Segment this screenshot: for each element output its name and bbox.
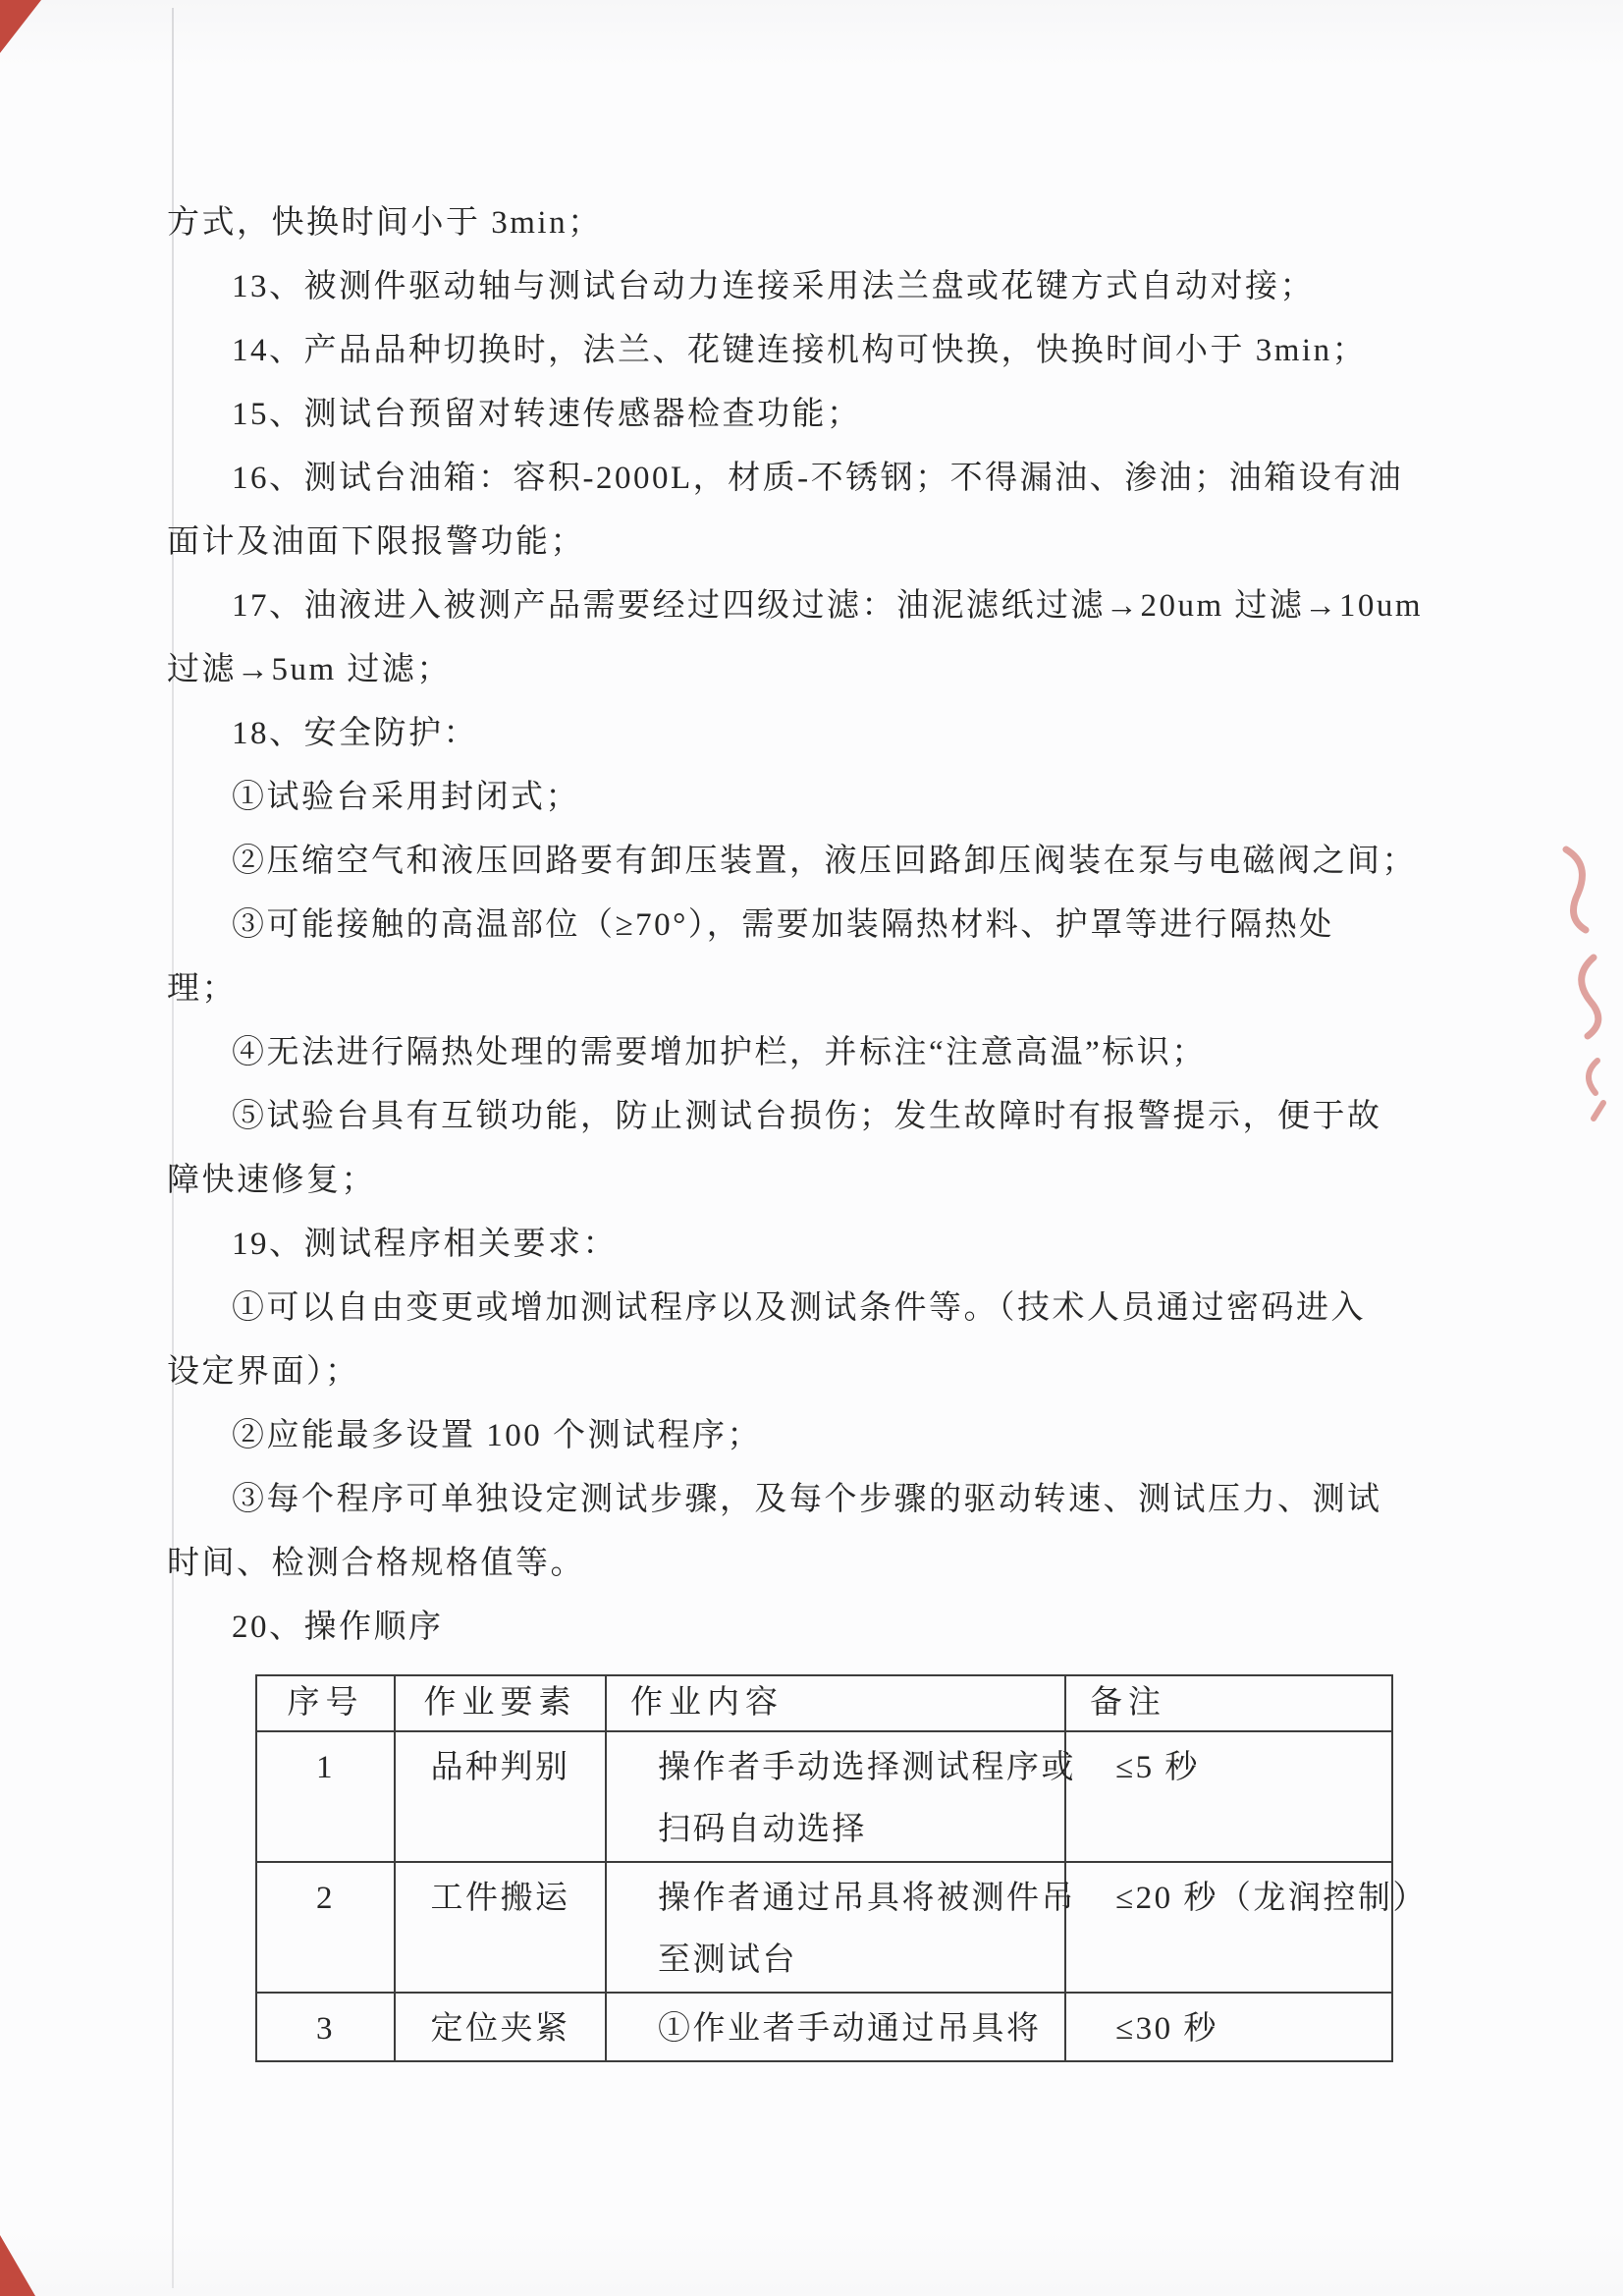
text-line: 设定界面）； xyxy=(167,1340,1443,1404)
body-text: 方式，快换时间小于 3min； 13、被测件驱动轴与测试台动力连接采用法兰盘或花… xyxy=(167,191,1443,1660)
text-line: 20、操作顺序 xyxy=(167,1596,1443,1660)
text-line: ①可以自由变更或增加测试程序以及测试条件等。（技术人员通过密码进入 xyxy=(167,1277,1443,1340)
row-element: 工件搬运 xyxy=(395,1862,606,1993)
text-line: 19、测试程序相关要求： xyxy=(167,1213,1443,1277)
text-line: 15、测试台预留对转速传感器检查功能； xyxy=(167,383,1443,447)
red-corner-mark-bottom-left-icon xyxy=(0,2235,35,2296)
text-line: ③每个程序可单独设定测试步骤，及每个步骤的驱动转速、测试压力、测试 xyxy=(167,1468,1443,1532)
text-line: ②应能最多设置 100 个测试程序； xyxy=(167,1404,1443,1468)
text-line: 18、安全防护： xyxy=(167,702,1443,766)
row-element: 定位夹紧 xyxy=(395,1993,606,2061)
text-line: 16、测试台油箱：容积-2000L，材质-不锈钢；不得漏油、渗油；油箱设有油 xyxy=(167,447,1443,511)
row-remark: ≤20 秒（龙润控制） xyxy=(1065,1862,1392,1993)
text-line: 障快速修复； xyxy=(167,1149,1443,1213)
row-remark: ≤30 秒 xyxy=(1065,1993,1392,2061)
column-header-content: 作业内容 xyxy=(606,1675,1065,1731)
table-header-row: 序号 作业要素 作业内容 备注 xyxy=(256,1675,1392,1731)
row-number: 1 xyxy=(256,1731,395,1862)
text-line: ③可能接触的高温部位（≥70°），需要加装隔热材料、护罩等进行隔热处 xyxy=(167,894,1443,957)
table-row: 3 定位夹紧 ①作业者手动通过吊具将 ≤30 秒 xyxy=(256,1993,1392,2061)
text-line: ①试验台采用封闭式； xyxy=(167,766,1443,830)
document-page: 方式，快换时间小于 3min； 13、被测件驱动轴与测试台动力连接采用法兰盘或花… xyxy=(0,0,1623,2296)
row-element: 品种判别 xyxy=(395,1731,606,1862)
red-corner-mark-top-left-icon xyxy=(0,0,41,53)
text-line: 理； xyxy=(167,957,1443,1021)
row-number: 2 xyxy=(256,1862,395,1993)
text-line: 17、油液进入被测产品需要经过四级过滤：油泥滤纸过滤→20um 过滤→10um xyxy=(167,574,1443,638)
row-remark: ≤5 秒 xyxy=(1065,1731,1392,1862)
row-content: 操作者手动选择测试程序或 扫码自动选择 xyxy=(606,1731,1065,1862)
text-line: 14、产品品种切换时，法兰、花键连接机构可快换，快换时间小于 3min； xyxy=(167,319,1443,383)
text-line: ②压缩空气和液压回路要有卸压装置，液压回路卸压阀装在泵与电磁阀之间； xyxy=(167,830,1443,894)
row-number: 3 xyxy=(256,1993,395,2061)
text-line: 面计及油面下限报警功能； xyxy=(167,511,1443,574)
text-line: 过滤→5um 过滤； xyxy=(167,638,1443,702)
row-content: 操作者通过吊具将被测件吊 至测试台 xyxy=(606,1862,1065,1993)
table-row: 2 工件搬运 操作者通过吊具将被测件吊 至测试台 ≤20 秒（龙润控制） xyxy=(256,1862,1392,1993)
text-line: 13、被测件驱动轴与测试台动力连接采用法兰盘或花键方式自动对接； xyxy=(167,255,1443,319)
text-line: ⑤试验台具有互锁功能，防止测试台损伤；发生故障时有报警提示，便于故 xyxy=(167,1085,1443,1149)
red-stamp-fragment-icon xyxy=(1537,840,1623,1124)
operation-sequence-table: 序号 作业要素 作业内容 备注 1 品种判别 操作者手动选择测试程序或 扫码自动… xyxy=(255,1674,1393,2062)
text-line: ④无法进行隔热处理的需要增加护栏，并标注“注意高温”标识； xyxy=(167,1021,1443,1085)
column-header-no: 序号 xyxy=(256,1675,395,1731)
row-content: ①作业者手动通过吊具将 xyxy=(606,1993,1065,2061)
column-header-element: 作业要素 xyxy=(395,1675,606,1731)
column-header-remark: 备注 xyxy=(1065,1675,1392,1731)
text-line: 方式，快换时间小于 3min； xyxy=(167,191,1443,255)
table-row: 1 品种判别 操作者手动选择测试程序或 扫码自动选择 ≤5 秒 xyxy=(256,1731,1392,1862)
text-line: 时间、检测合格规格值等。 xyxy=(167,1532,1443,1596)
